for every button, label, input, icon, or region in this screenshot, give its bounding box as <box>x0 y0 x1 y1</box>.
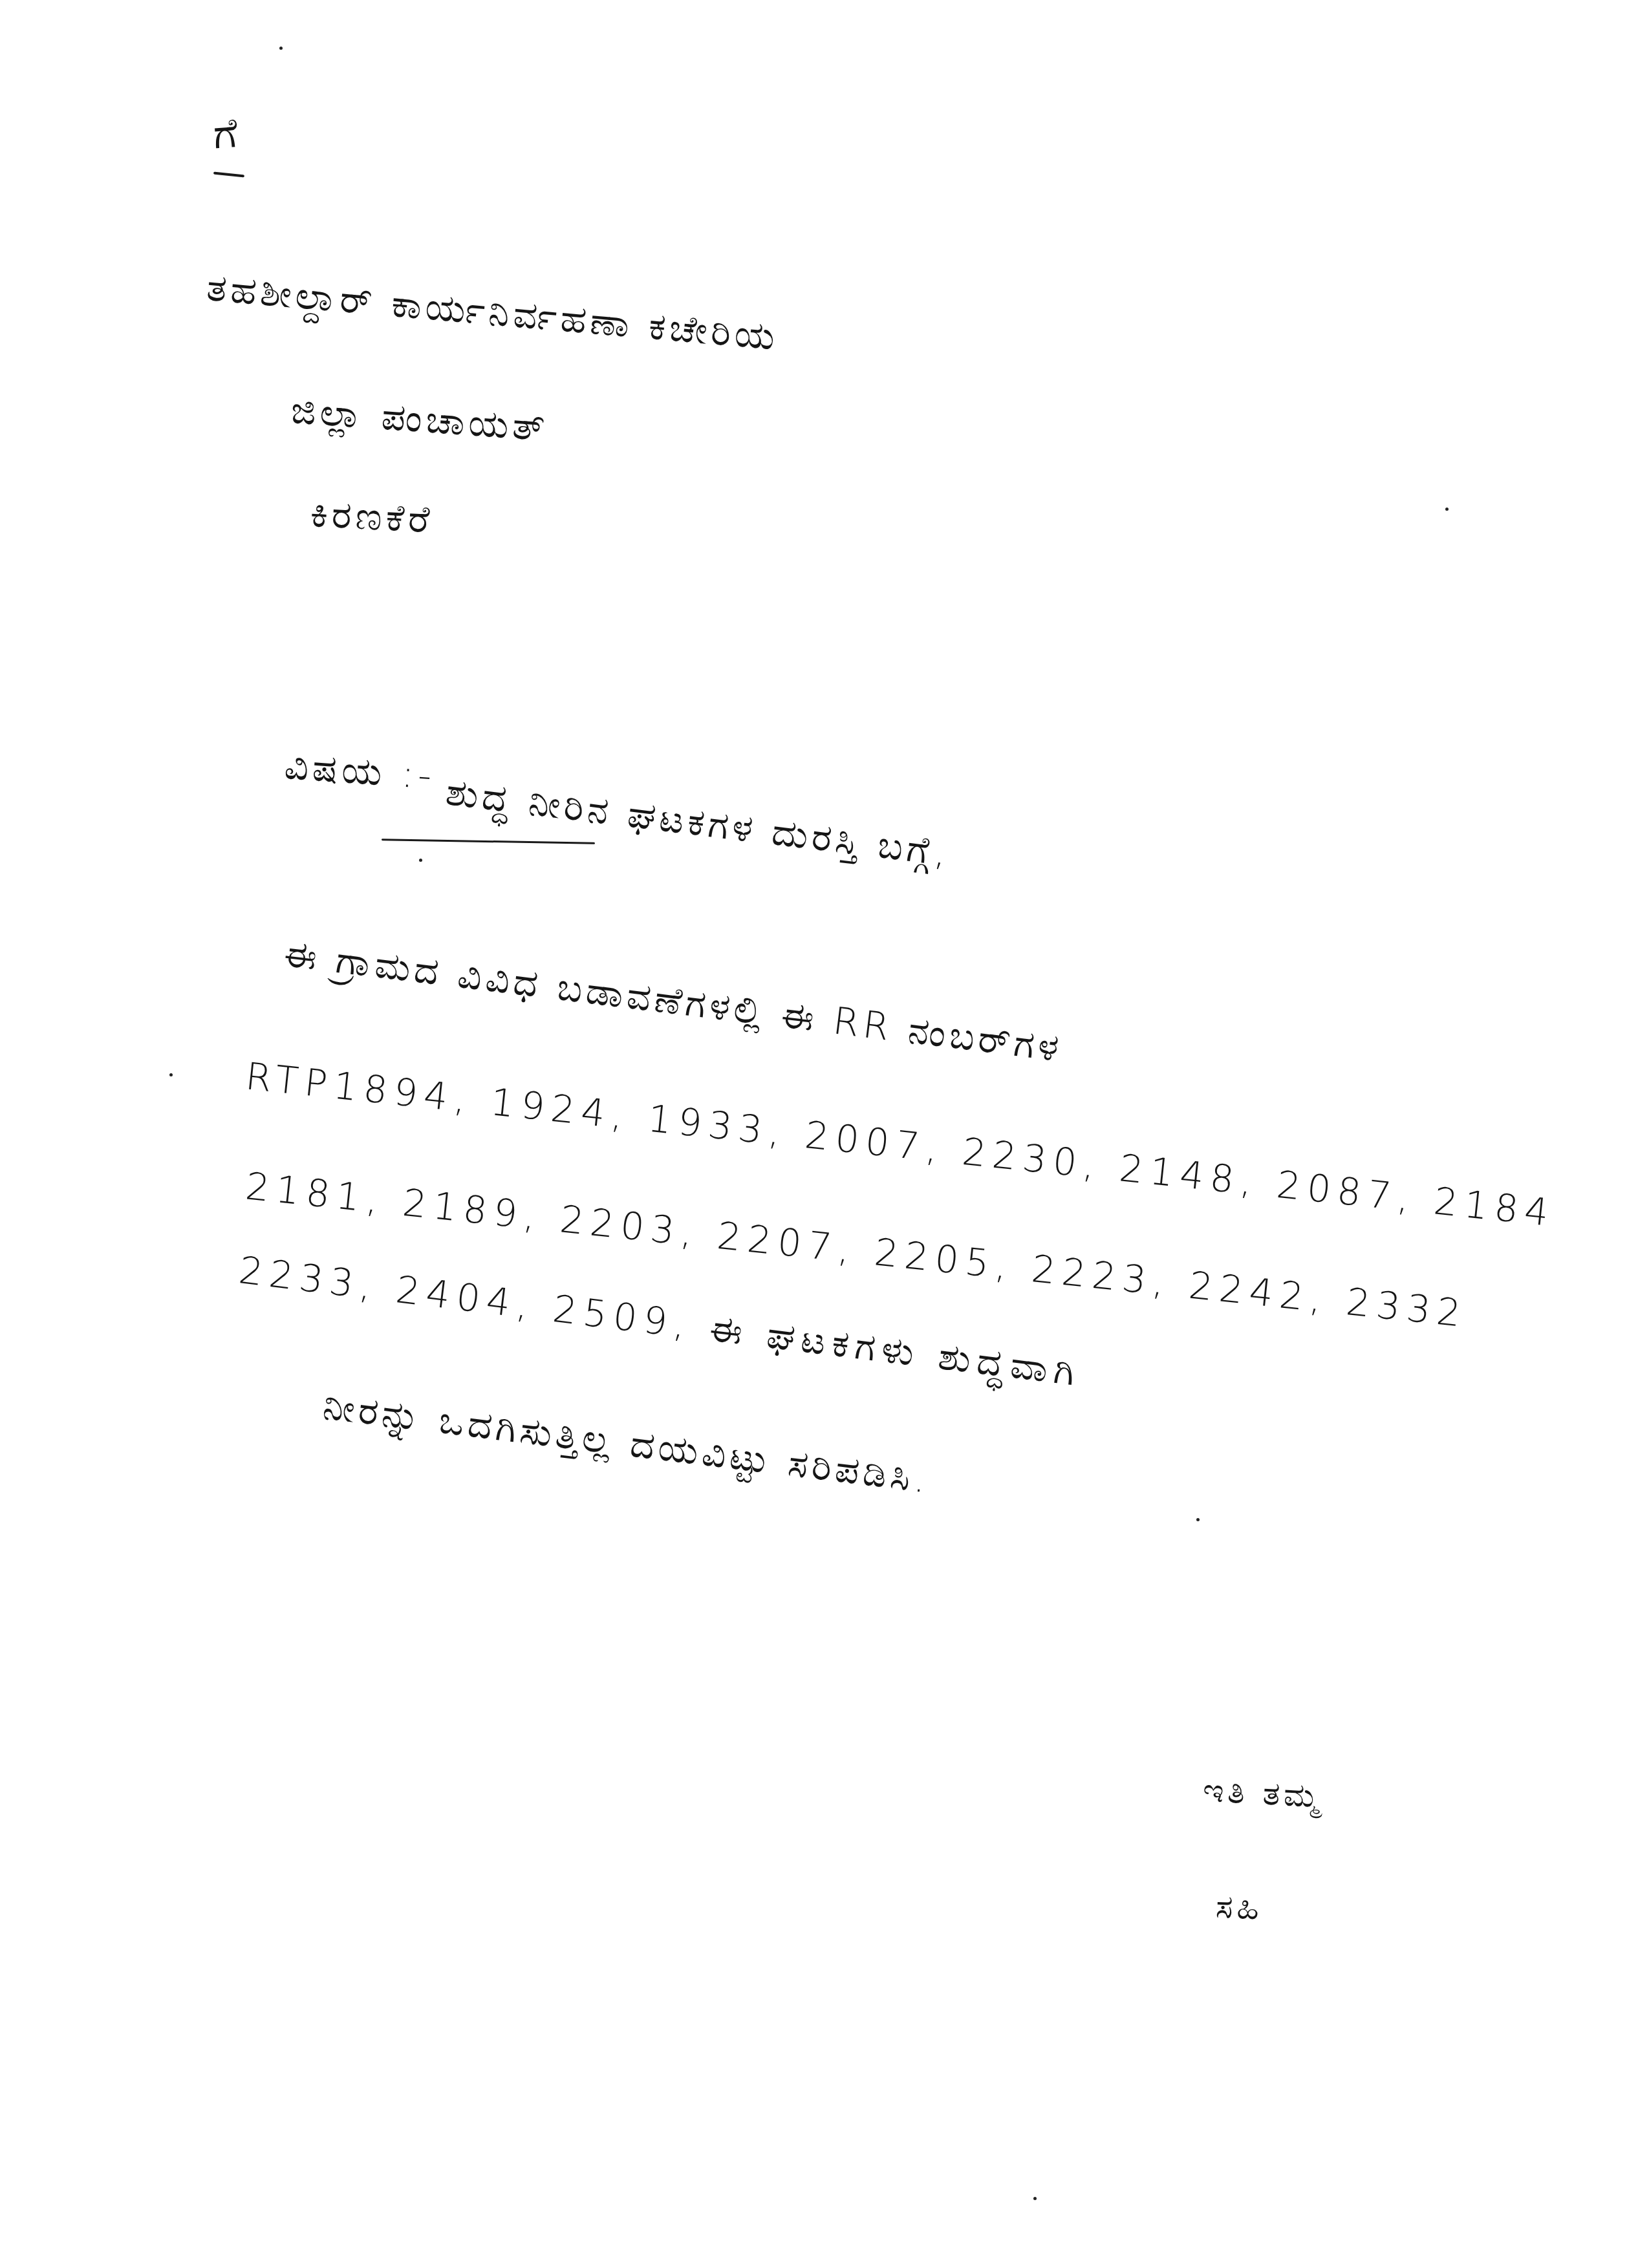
recipient-line-2: ಜಿಲ್ಲಾ ಪಂಚಾಯತ್ <box>290 388 550 451</box>
scan-speck <box>419 859 422 862</box>
subject-label: ವಿಷಯ :- <box>283 744 437 798</box>
body-line-5: ನೀರನ್ನು ಒದಗಿಸುತ್ತಿಲ್ಲ ದಯವಿಟ್ಟು ಸರಿಪಡಿಸಿ. <box>321 1384 932 1503</box>
signature-closing: ಇತಿ ತಮ್ಮ <box>1202 1771 1324 1816</box>
subject-underline <box>382 839 595 844</box>
recipient-line-3: ಕಿರಣಕೆರೆ <box>309 491 435 542</box>
recipient-line-1: ತಹಶೀಲ್ದಾರ್ ಕಾರ್ಯನಿರ್ವಹಣಾ ಕಚೇರಿಯ <box>205 265 781 359</box>
scanned-letter-page: ಗೆ ತಹಶೀಲ್ದಾರ್ ಕಾರ್ಯನಿರ್ವಹಣಾ ಕಚೇರಿಯ ಜಿಲ್ಲ… <box>0 0 1649 2268</box>
scan-speck <box>169 1073 173 1076</box>
salutation-underline <box>213 172 244 178</box>
body-line-1: ಈ ಗ್ರಾಮದ ವಿವಿಧ ಬಡಾವಣೆಗಳಲ್ಲಿ ಈ RR ನಂಬರ್‌ಗ… <box>282 931 1065 1071</box>
scan-speck <box>1445 508 1449 511</box>
scan-speck <box>1196 1518 1200 1521</box>
subject-text: ಶುದ್ಧ ನೀರಿನ ಘಟಕಗಳ ದುರಸ್ತಿ ಬಗ್ಗೆ, <box>444 769 953 875</box>
signature: ಸಹಿ <box>1215 1888 1264 1928</box>
scan-speck <box>1033 2197 1037 2200</box>
salutation-mark: ಗೆ <box>211 109 242 159</box>
scan-speck <box>279 47 283 50</box>
